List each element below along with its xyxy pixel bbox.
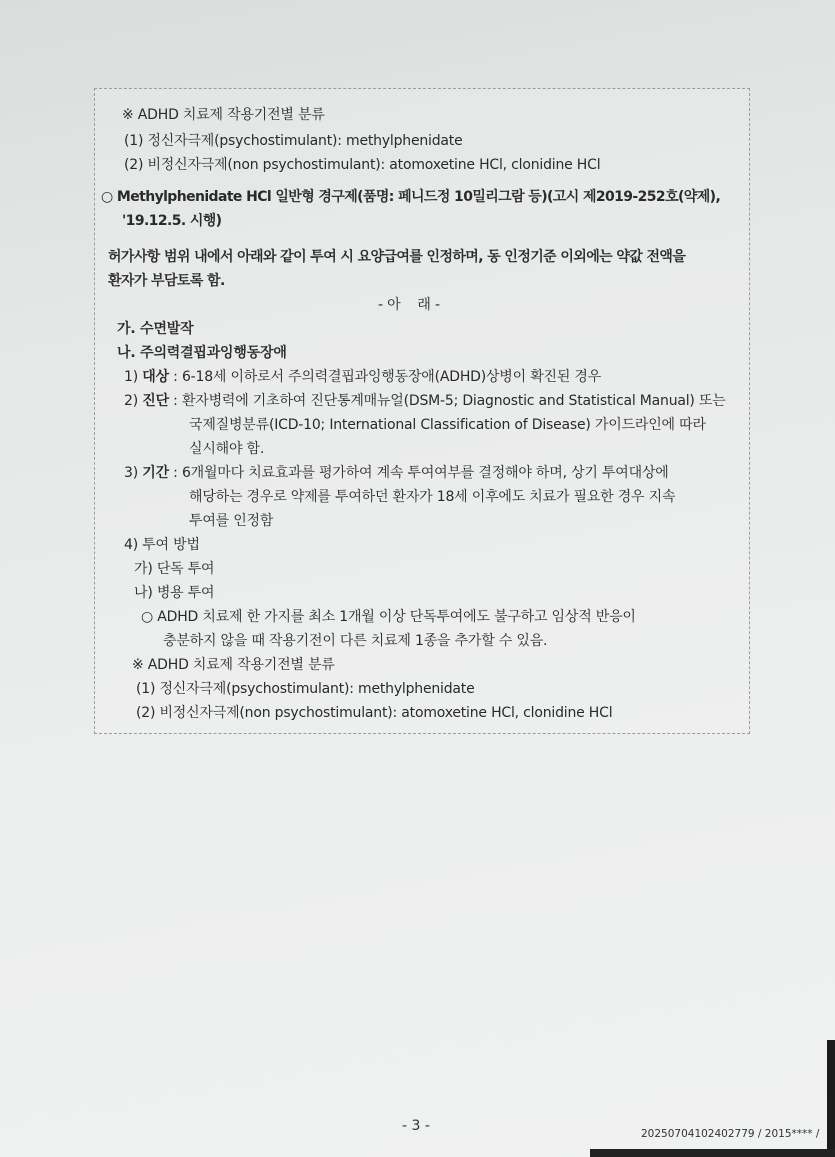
classification-heading-bottom: ※ ADHD 치료제 작용기전별 분류 (132, 654, 335, 674)
criteria-period-line1: : 6개월마다 치료효과를 평가하여 계속 투여여부를 결정해야 하며, 상기 … (173, 465, 668, 481)
drug-heading-line2: '19.12.5. 시행) (122, 210, 221, 230)
criteria-period-num: 3) (124, 465, 138, 481)
section-na: 나. 주의력결핍과잉행동장애 (117, 342, 287, 362)
page-edge-shadow-bottom (590, 1149, 835, 1157)
criteria-combo-line1: ○ ADHD 치료제 한 가지를 최소 1개월 이상 단독투여에도 불구하고 임… (141, 606, 636, 626)
criteria-target-label: 대상 (142, 369, 169, 385)
section-ga: 가. 수면발작 (117, 318, 193, 338)
classification-heading-top: ※ ADHD 치료제 작용기전별 분류 (122, 104, 325, 124)
criteria-target-text: : 6-18세 이하로서 주의력결핍과잉행동장애(ADHD)상병이 확진된 경우 (173, 369, 601, 385)
intro-line1: 허가사항 범위 내에서 아래와 같이 투여 시 요양급여를 인정하며, 동 인정… (108, 246, 685, 266)
page-number: - 3 - (402, 1118, 430, 1134)
criteria-diagnosis: 2) 진단 : 환자병력에 기초하여 진단통계매뉴얼(DSM-5; Diagno… (124, 390, 726, 410)
criteria-diagnosis-label: 진단 (142, 393, 169, 409)
criteria-period-line3: 투여를 인정함 (189, 510, 273, 530)
criteria-target-num: 1) (124, 369, 138, 385)
classification-item-1-top: (1) 정신자극제(psychostimulant): methylphenid… (124, 130, 463, 150)
criteria-period-line2: 해당하는 경우로 약제를 투여하던 환자가 18세 이후에도 치료가 필요한 경… (189, 486, 675, 506)
classification-item-1-bottom: (1) 정신자극제(psychostimulant): methylphenid… (136, 678, 475, 698)
criteria-diagnosis-line1: : 환자병력에 기초하여 진단통계매뉴얼(DSM-5; Diagnostic a… (173, 393, 725, 409)
classification-item-2-top: (2) 비정신자극제(non psychostimulant): atomoxe… (124, 154, 600, 174)
criteria-combo-line2: 충분하지 않을 때 작용기전이 다른 치료제 1종을 추가할 수 있음. (163, 630, 547, 650)
page-edge-shadow (827, 1040, 835, 1157)
criteria-period-label: 기간 (142, 465, 169, 481)
criteria-target: 1) 대상 : 6-18세 이하로서 주의력결핍과잉행동장애(ADHD)상병이 … (124, 366, 601, 386)
document-id: 20250704102402779 / 2015**** / (641, 1128, 819, 1140)
criteria-diagnosis-line3: 실시해야 함. (189, 438, 264, 458)
criteria-method-a: 가) 단독 투여 (134, 558, 214, 578)
intro-line2: 환자가 부담토록 함. (108, 270, 225, 290)
below-marker: - 아 래 - (378, 294, 440, 314)
criteria-diagnosis-num: 2) (124, 393, 138, 409)
criteria-method: 4) 투여 방법 (124, 534, 200, 554)
drug-heading-line1: ○ Methylphenidate HCl 일반형 경구제(품명: 페니드정 1… (101, 186, 751, 206)
classification-item-2-bottom: (2) 비정신자극제(non psychostimulant): atomoxe… (136, 702, 612, 722)
criteria-period: 3) 기간 : 6개월마다 치료효과를 평가하여 계속 투여여부를 결정해야 하… (124, 462, 669, 482)
criteria-diagnosis-line2: 국제질병분류(ICD-10; International Classificat… (189, 414, 706, 434)
criteria-method-b: 나) 병용 투여 (134, 582, 214, 602)
